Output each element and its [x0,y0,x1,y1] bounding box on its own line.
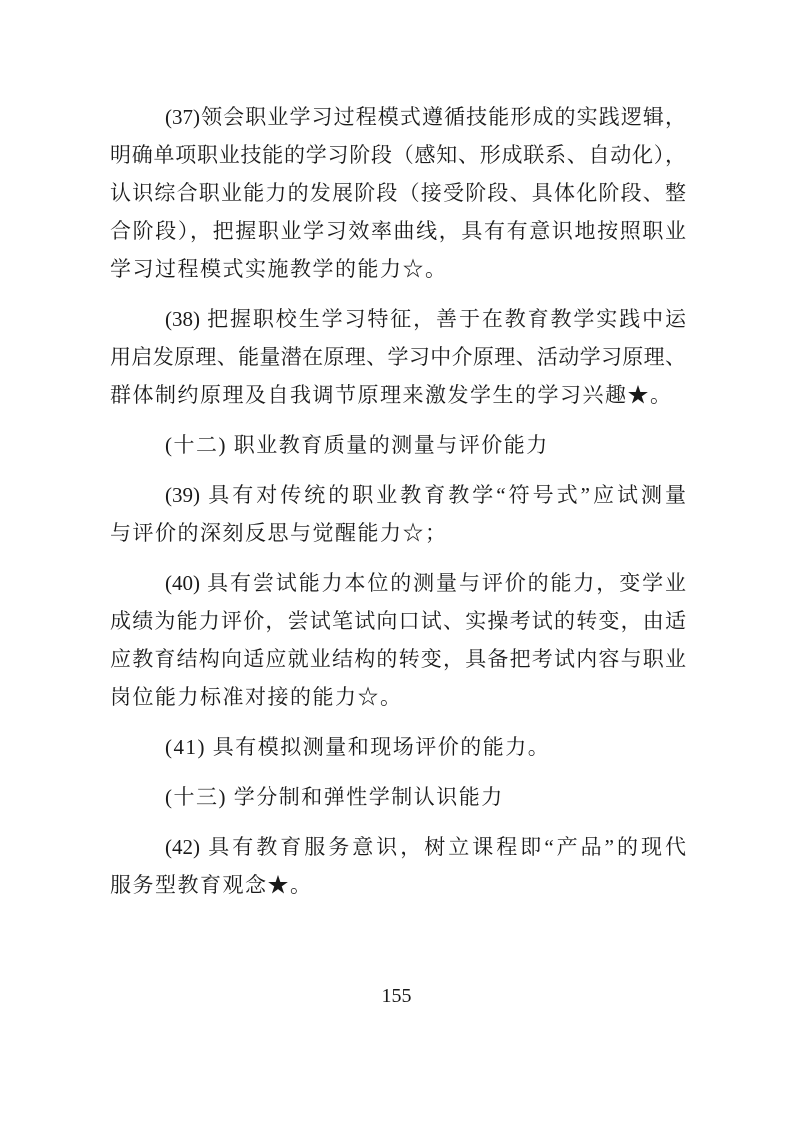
text-line: (42) 具有教育服务意识，树立课程即“产品”的现代 [110,828,686,866]
text-line: 岗位能力标准对接的能力☆。 [110,678,686,716]
text-line: 成绩为能力评价，尝试笔试向口试、实操考试的转变，由适 [110,602,686,640]
paragraph-37: (37)领会职业学习过程模式遵循技能形成的实践逻辑， 明确单项职业技能的学习阶段… [110,98,686,288]
text-line: 明确单项职业技能的学习阶段（感知、形成联系、自动化）， [110,136,686,174]
text-line: (40) 具有尝试能力本位的测量与评价的能力，变学业 [110,564,686,602]
text-line: (十三) 学分制和弹性学制认识能力 [110,778,686,816]
paragraph-41: (41) 具有模拟测量和现场评价的能力。 [110,728,686,766]
text-line: (39) 具有对传统的职业教育教学“符号式”应试测量 [110,476,686,514]
text-line: (38) 把握职校生学习特征，善于在教育教学实践中运 [110,300,686,338]
paragraph-38: (38) 把握职校生学习特征，善于在教育教学实践中运 用启发原理、能量潜在原理、… [110,300,686,414]
page-number: 155 [0,982,793,1010]
text-line: 群体制约原理及自我调节原理来激发学生的学习兴趣★。 [110,376,686,414]
section-heading-12: (十二) 职业教育质量的测量与评价能力 [110,426,686,464]
section-heading-13: (十三) 学分制和弹性学制认识能力 [110,778,686,816]
text-line: 用启发原理、能量潜在原理、学习中介原理、活动学习原理、 [110,338,686,376]
document-page: (37)领会职业学习过程模式遵循技能形成的实践逻辑， 明确单项职业技能的学习阶段… [0,0,793,1122]
paragraph-39: (39) 具有对传统的职业教育教学“符号式”应试测量 与评价的深刻反思与觉醒能力… [110,476,686,552]
text-line: 合阶段），把握职业学习效率曲线，具有有意识地按照职业 [110,212,686,250]
text-line: (37)领会职业学习过程模式遵循技能形成的实践逻辑， [110,98,686,136]
text-line: 学习过程模式实施教学的能力☆。 [110,250,686,288]
text-line: (41) 具有模拟测量和现场评价的能力。 [110,728,686,766]
text-line: (十二) 职业教育质量的测量与评价能力 [110,426,686,464]
paragraph-42: (42) 具有教育服务意识，树立课程即“产品”的现代 服务型教育观念★。 [110,828,686,904]
text-line: 应教育结构向适应就业结构的转变，具备把考试内容与职业 [110,640,686,678]
paragraph-40: (40) 具有尝试能力本位的测量与评价的能力，变学业 成绩为能力评价，尝试笔试向… [110,564,686,716]
document-body: (37)领会职业学习过程模式遵循技能形成的实践逻辑， 明确单项职业技能的学习阶段… [110,98,686,916]
text-line: 服务型教育观念★。 [110,866,686,904]
text-line: 与评价的深刻反思与觉醒能力☆； [110,514,686,552]
text-line: 认识综合职业能力的发展阶段（接受阶段、具体化阶段、整 [110,174,686,212]
